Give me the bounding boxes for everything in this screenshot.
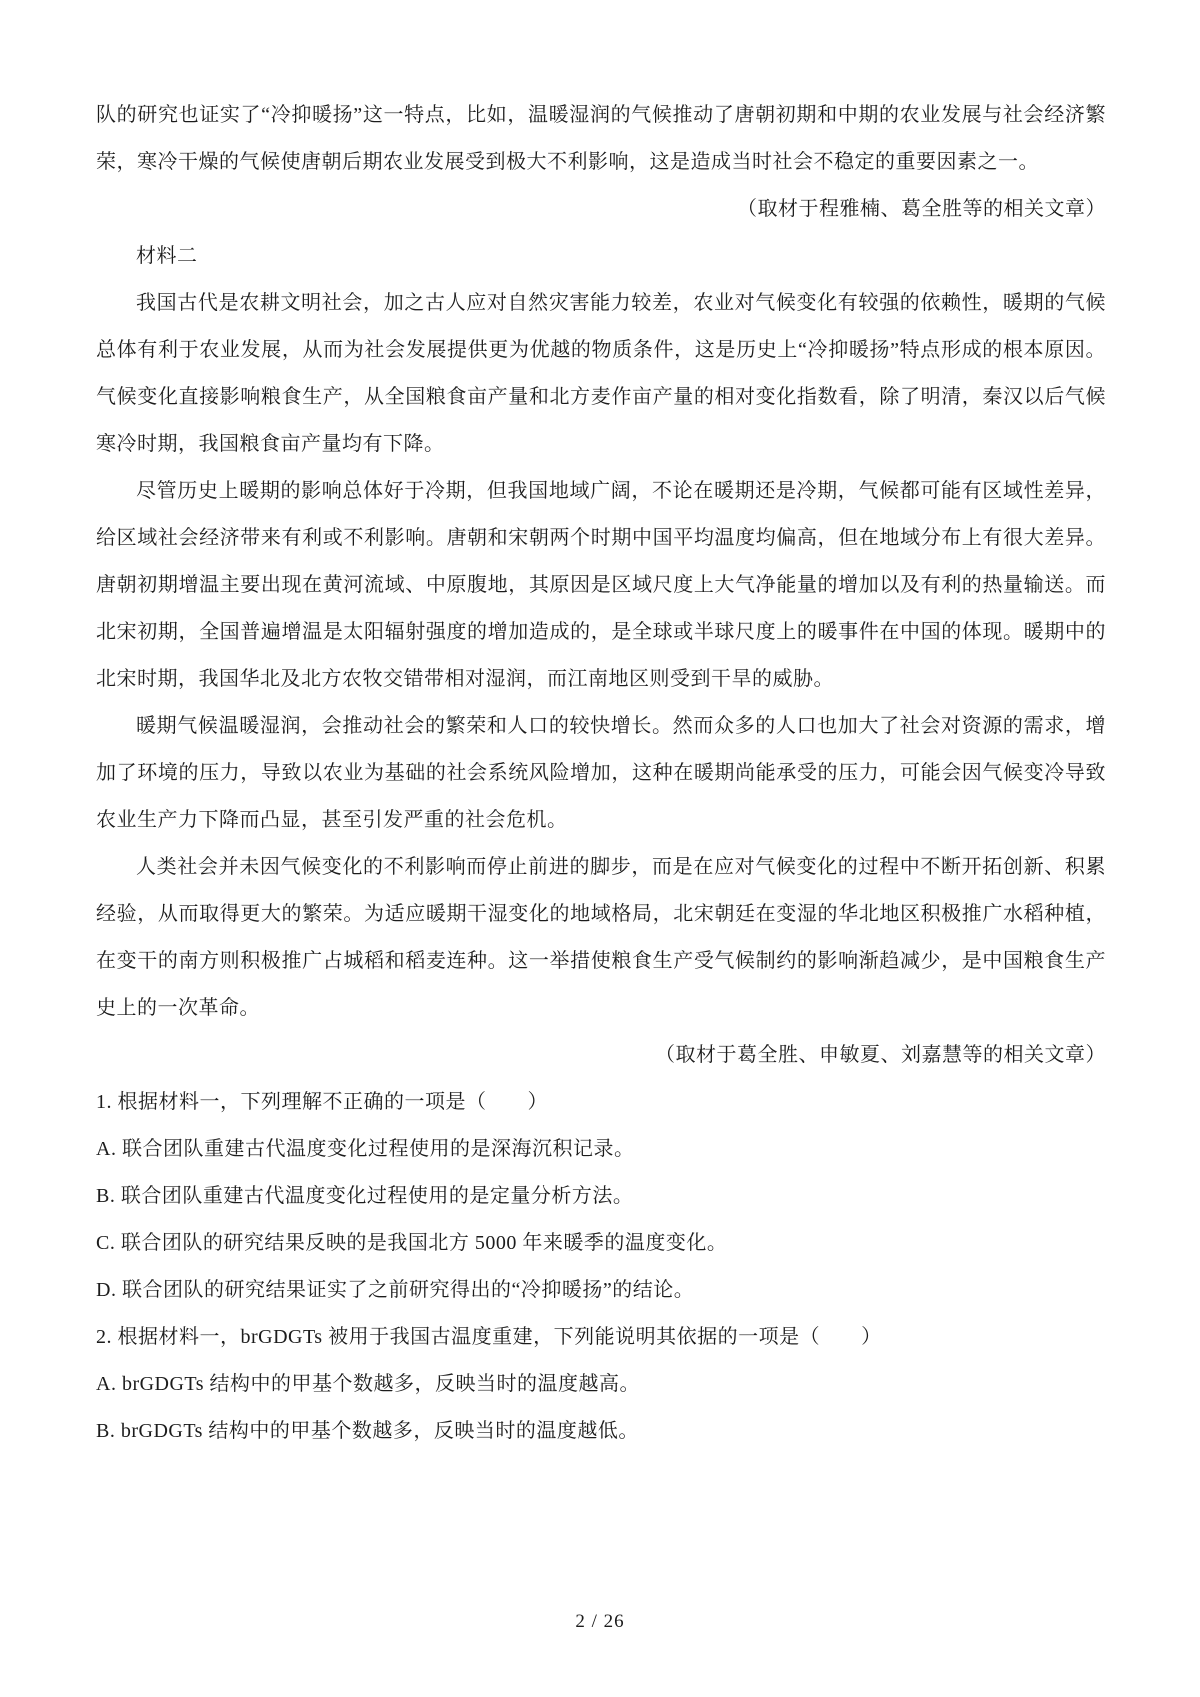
question-2-option-a: A. brGDGTs 结构中的甲基个数越多，反映当时的温度越高。 [96,1361,1106,1408]
page-number: 2 / 26 [0,1598,1200,1645]
question-1-option-b: B. 联合团队重建古代温度变化过程使用的是定量分析方法。 [96,1173,1106,1220]
material1-continuation-paragraph: 队的研究也证实了“冷抑暖扬”这一特点，比如，温暖湿润的气候推动了唐朝初期和中期的… [96,92,1106,186]
question-1-option-c: C. 联合团队的研究结果反映的是我国北方 5000 年来暖季的温度变化。 [96,1220,1106,1267]
material2-paragraph-4: 人类社会并未因气候变化的不利影响而停止前进的脚步，而是在应对气候变化的过程中不断… [96,844,1106,1032]
question-1-option-a: A. 联合团队重建古代温度变化过程使用的是深海沉积记录。 [96,1126,1106,1173]
question-1-option-d: D. 联合团队的研究结果证实了之前研究得出的“冷抑暖扬”的结论。 [96,1267,1106,1314]
question-1-stem: 1. 根据材料一，下列理解不正确的一项是（ ） [96,1079,1106,1126]
material2-paragraph-2: 尽管历史上暖期的影响总体好于冷期，但我国地域广阔，不论在暖期还是冷期，气候都可能… [96,468,1106,703]
question-2-stem: 2. 根据材料一，brGDGTs 被用于我国古温度重建，下列能说明其依据的一项是… [96,1314,1106,1361]
question-2-option-b: B. brGDGTs 结构中的甲基个数越多，反映当时的温度越低。 [96,1408,1106,1455]
material2-paragraph-1: 我国古代是农耕文明社会，加之古人应对自然灾害能力较差，农业对气候变化有较强的依赖… [96,280,1106,468]
material1-attribution: （取材于程雅楠、葛全胜等的相关文章） [96,186,1106,233]
question-2: 2. 根据材料一，brGDGTs 被用于我国古温度重建，下列能说明其依据的一项是… [96,1314,1106,1455]
material2-paragraph-3: 暖期气候温暖湿润，会推动社会的繁荣和人口的较快增长。然而众多的人口也加大了社会对… [96,703,1106,844]
material2-heading: 材料二 [96,233,1106,280]
document-body: 队的研究也证实了“冷抑暖扬”这一特点，比如，温暖湿润的气候推动了唐朝初期和中期的… [96,92,1106,1455]
question-1: 1. 根据材料一，下列理解不正确的一项是（ ） A. 联合团队重建古代温度变化过… [96,1079,1106,1314]
document-page: 队的研究也证实了“冷抑暖扬”这一特点，比如，温暖湿润的气候推动了唐朝初期和中期的… [0,0,1200,1697]
material2-attribution: （取材于葛全胜、申敏夏、刘嘉慧等的相关文章） [96,1032,1106,1079]
